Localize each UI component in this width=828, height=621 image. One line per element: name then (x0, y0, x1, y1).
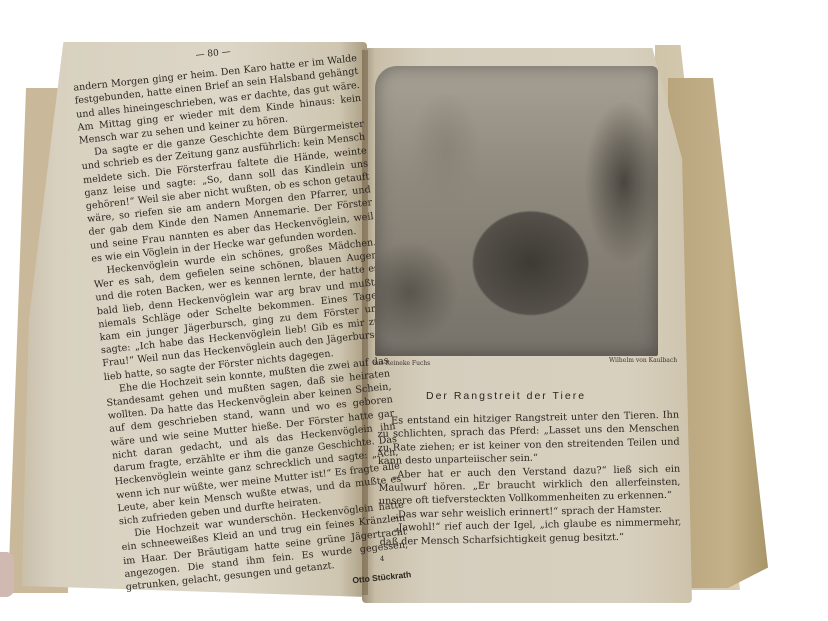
open-book-photo: — 80 — andern Morgen ging er heim. Den K… (0, 0, 828, 621)
left-page-text: — 80 — andern Morgen ging er heim. Den K… (71, 33, 412, 611)
thumb (0, 552, 14, 597)
fable-title: Der Rangstreit der Tiere (426, 390, 586, 402)
paragraph: „Jawohl!“ rief auch der Igel, „ich glaub… (379, 516, 681, 549)
paragraph: „Aber hat er auch den Verstand dazu?“ li… (378, 462, 681, 509)
right-page-text: Es entstand ein hitziger Rangstreit unte… (377, 409, 682, 567)
paragraph: Es entstand ein hitziger Rangstreit unte… (377, 409, 680, 469)
illustration-caption-artist: Wilhelm von Kaulbach (609, 357, 677, 364)
bear-engraving-illustration (375, 66, 658, 356)
illustration-caption-source: aus Reineke Fuchs (373, 360, 430, 367)
